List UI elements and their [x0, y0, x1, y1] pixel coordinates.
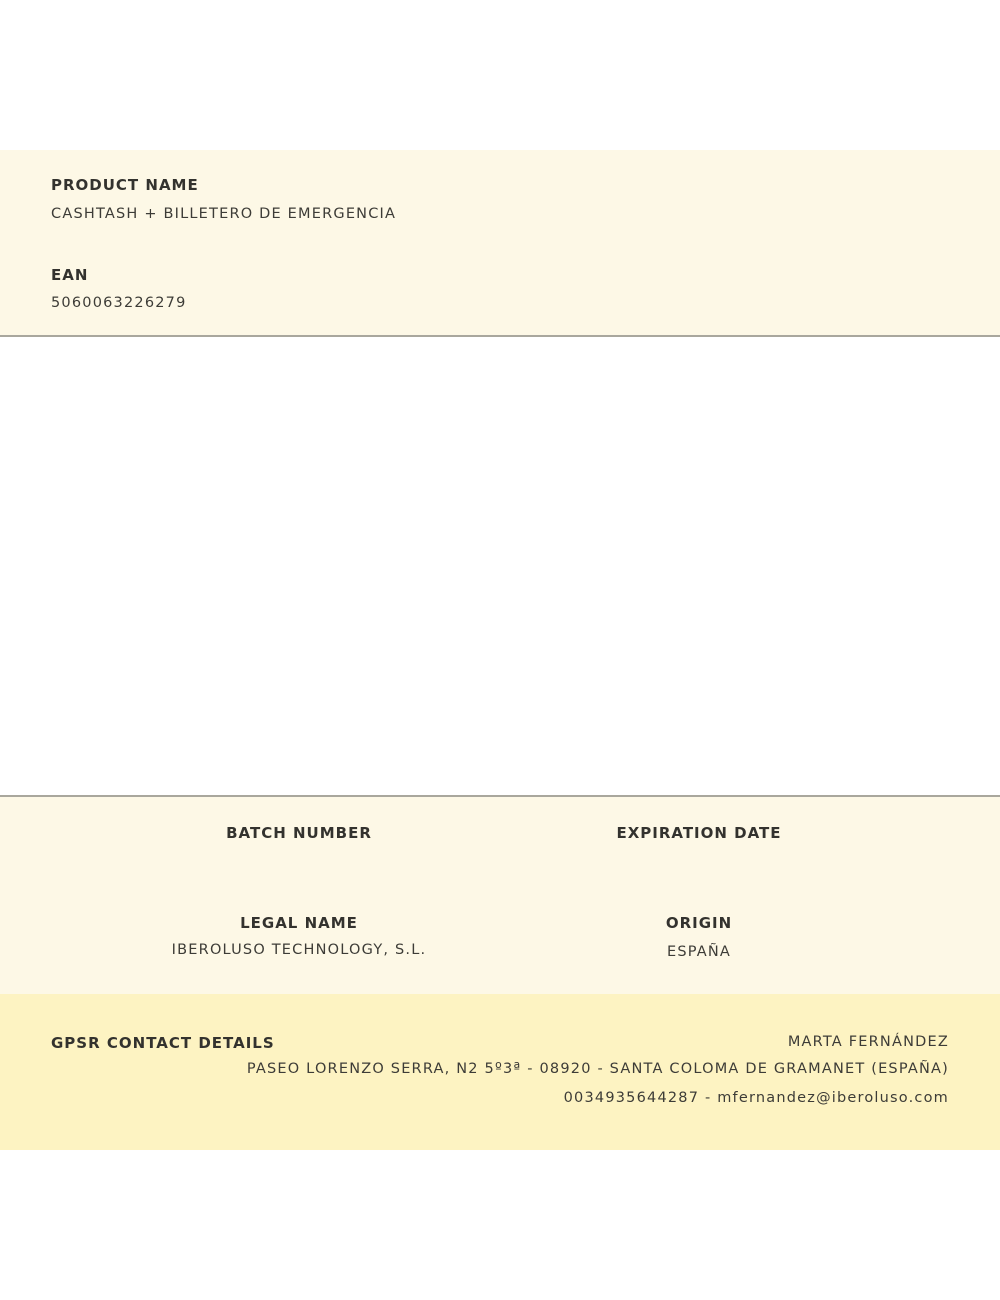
product-name-value: CASHTASH + BILLETERO DE EMERGENCIA — [51, 206, 396, 222]
origin-label: ORIGIN — [666, 914, 732, 932]
product-info-section: PRODUCT NAME CASHTASH + BILLETERO DE EME… — [0, 150, 1000, 337]
product-details-section: BATCH NUMBER EXPIRATION DATE LEGAL NAME … — [0, 795, 1000, 996]
gpsr-contact-label: GPSR CONTACT DETAILS — [51, 1034, 275, 1052]
expiration-date-label: EXPIRATION DATE — [616, 824, 781, 842]
contact-address: PASEO LORENZO SERRA, N2 5º3ª - 08920 - S… — [247, 1061, 949, 1077]
batch-number-label: BATCH NUMBER — [226, 824, 372, 842]
gpsr-contact-section: GPSR CONTACT DETAILS MARTA FERNÁNDEZ PAS… — [0, 994, 1000, 1150]
product-name-label: PRODUCT NAME — [51, 176, 199, 194]
contact-name: MARTA FERNÁNDEZ — [788, 1034, 949, 1050]
ean-value: 5060063226279 — [51, 295, 187, 311]
ean-label: EAN — [51, 266, 88, 284]
contact-phone-email: 0034935644287 - mfernandez@iberoluso.com — [564, 1090, 949, 1106]
legal-name-value: IBEROLUSO TECHNOLOGY, S.L. — [172, 942, 427, 958]
origin-value: ESPAÑA — [667, 944, 731, 960]
legal-name-label: LEGAL NAME — [240, 914, 358, 932]
